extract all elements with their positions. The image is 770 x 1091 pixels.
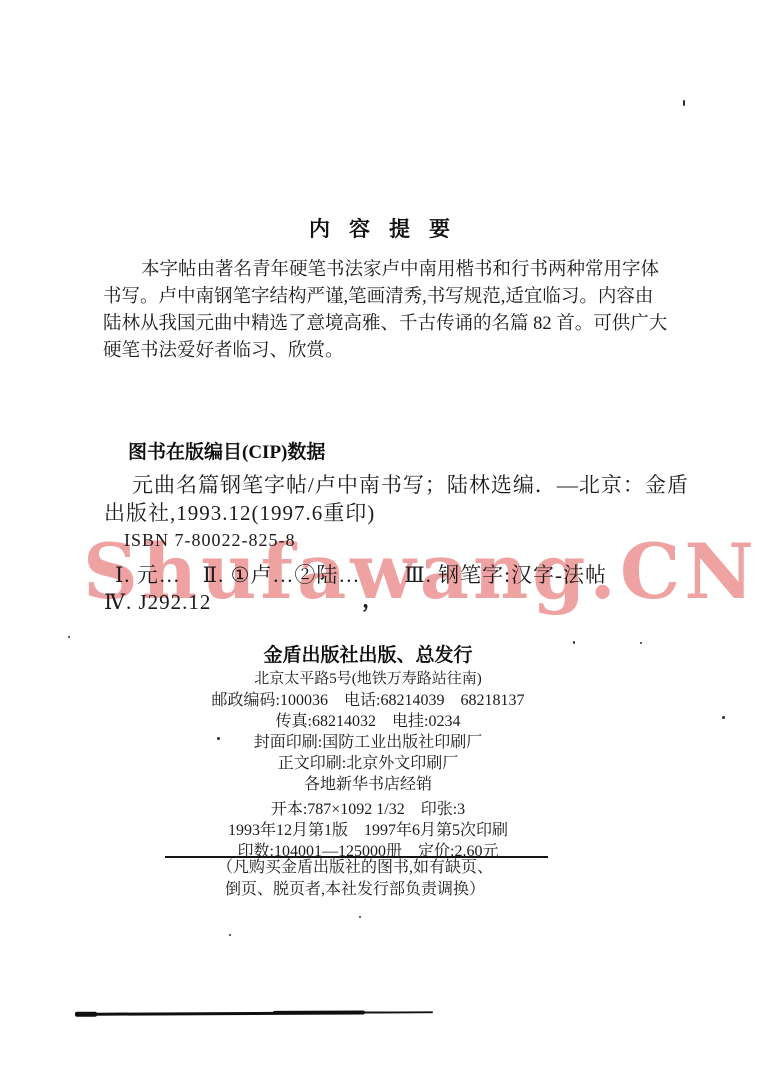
- summary-line-4: 硬笔书法爱好者临习、欣赏。: [103, 338, 703, 365]
- isbn-line: ISBN 7-80022-825-8: [104, 527, 744, 555]
- scan-artifact-segment: [75, 1012, 97, 1017]
- exchange-notice: （凡购买金盾出版社的图书,如有缺页、 倒页、脱页者,本社发行部负责调换）: [75, 857, 635, 900]
- distribution-line: 各地新华书店经销: [88, 774, 648, 795]
- ink-speck: [722, 716, 725, 719]
- cip-class-number: Ⅳ. J292.12: [104, 589, 744, 617]
- notice-line-2: 倒页、脱页者,本社发行部负责调换）: [75, 879, 635, 901]
- ink-speck: [573, 641, 575, 644]
- cip-header: 图书在版编目(CIP)数据: [128, 437, 325, 464]
- cover-printer-line: 封面印刷:国防工业出版社印刷厂: [88, 732, 648, 753]
- colophon-block: 金盾出版社出版、总发行 北京太平路5号(地铁万寿路站往南) 邮政编码:10003…: [88, 643, 648, 862]
- summary-line-2: 书写。卢中南钢笔字结构严谨,笔画清秀,书写规范,适宜临习。内容由: [103, 284, 703, 311]
- fax-telegraph-line: 传真:68214032 电挂:0234: [88, 711, 648, 732]
- cip-title-statement-line: 元曲名篇钢笔字帖/卢中南书写；陆林选编．—北京：金盾: [104, 472, 744, 500]
- scan-artifact-segment: [363, 1011, 433, 1013]
- summary-line-1: 本字帖由著名青年硬笔书法家卢中南用楷书和行书两种常用字体: [103, 257, 703, 284]
- stray-ink-mark: ，: [362, 583, 384, 614]
- ink-speck: [217, 737, 220, 740]
- printing-info-group: 开本:787×1092 1/32 印张:3 1993年12月第1版 1997年6…: [88, 799, 648, 862]
- ink-speck: [640, 642, 642, 644]
- publisher-heading: 金盾出版社出版、总发行: [88, 643, 648, 669]
- scanned-book-page: Shufawang.CN 内容提要 本字帖由著名青年硬笔书法家卢中南用楷书和行书…: [0, 0, 770, 1091]
- summary-line-3: 陆林从我国元曲中精选了意境高雅、千古传诵的名篇 82 首。可供广大: [103, 311, 703, 338]
- cip-classification-line: Ⅰ. 元… Ⅱ. ①卢…②陆… Ⅲ. 钢笔字:汉字-法帖: [104, 562, 744, 590]
- notice-line-1: （凡购买金盾出版社的图书,如有缺页、: [75, 857, 635, 879]
- ink-speck: [359, 916, 361, 918]
- text-printer-line: 正文印刷:北京外文印刷厂: [88, 753, 648, 774]
- scan-artifact-segment: [95, 1012, 275, 1016]
- content-summary-title: 内容提要: [309, 213, 469, 243]
- ink-speck: [683, 100, 685, 106]
- edition-impression-line: 1993年12月第1版 1997年6月第5次印刷: [88, 820, 648, 841]
- scan-artifact-segment: [273, 1011, 365, 1015]
- format-sheets-line: 开本:787×1092 1/32 印张:3: [88, 799, 648, 820]
- cip-publisher-line: 出版社,1993.12(1997.6重印): [104, 500, 744, 528]
- ink-speck: [68, 636, 70, 638]
- ink-speck: [229, 934, 231, 936]
- cip-block: 元曲名篇钢笔字帖/卢中南书写；陆林选编．—北京：金盾 出版社,1993.12(1…: [104, 472, 744, 617]
- content-summary-paragraph: 本字帖由著名青年硬笔书法家卢中南用楷书和行书两种常用字体 书写。卢中南钢笔字结构…: [103, 257, 703, 365]
- postal-phone-line: 邮政编码:100036 电话:68214039 68218137: [88, 690, 648, 711]
- publisher-address-line: 北京太平路5号(地铁万寿路站往南): [88, 669, 648, 690]
- scan-artifact-line: [75, 1007, 437, 1019]
